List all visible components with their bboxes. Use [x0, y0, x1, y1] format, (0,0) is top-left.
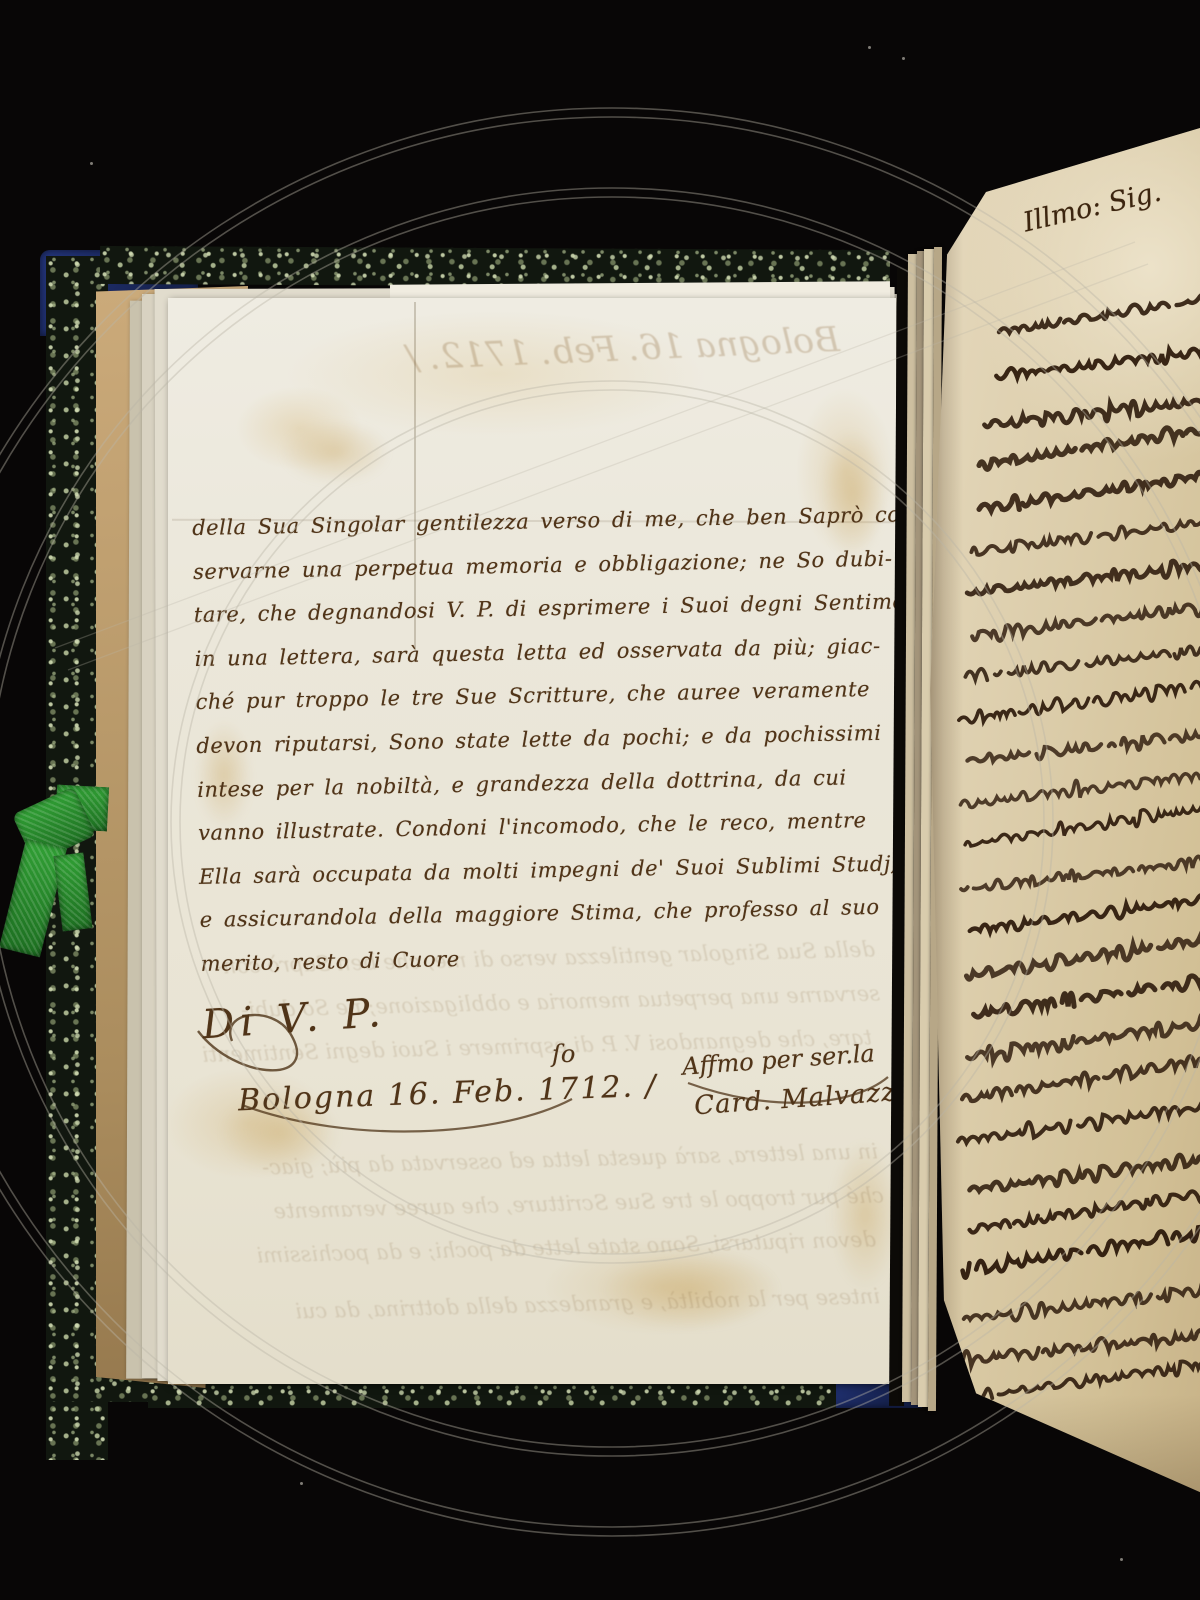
dust-speck: [868, 46, 871, 49]
dust-speck: [90, 162, 93, 165]
dust-speck: [1120, 1558, 1123, 1561]
photo-of-open-manuscript: Bologna 16. Feb. 1712. / della Sua Singo…: [0, 0, 1200, 1600]
paper-stain: [280, 420, 390, 484]
ink-flourishes: [170, 985, 900, 1175]
cover-marble-bottom-edge: [148, 1384, 836, 1408]
right-page: [918, 128, 1200, 1520]
letter-body: della Sua Singolar gentilezza verso di m…: [192, 502, 911, 995]
signature-flourish: [688, 1077, 888, 1103]
dust-speck: [902, 57, 905, 60]
dust-speck: [300, 1482, 303, 1485]
date-flourish: [242, 1099, 572, 1131]
closing-flourish: [198, 1015, 297, 1070]
right-page-handwriting-scribbles: [918, 128, 1200, 1520]
